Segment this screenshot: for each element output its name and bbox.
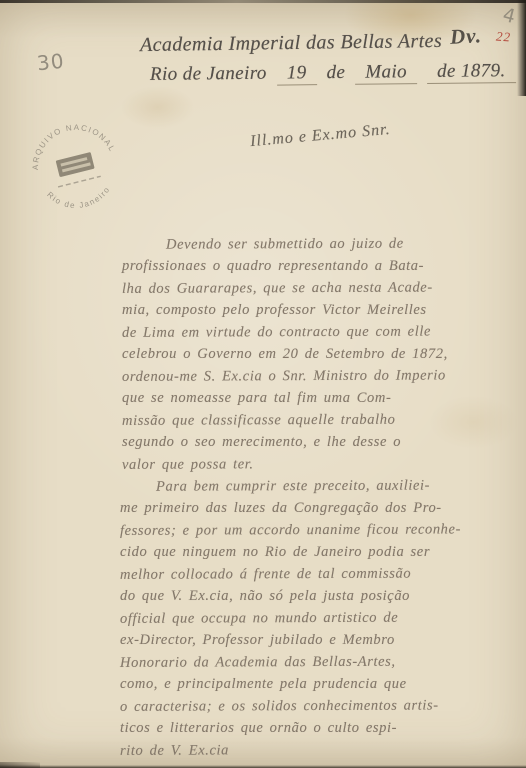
manuscript-line: o caracterisa; e os solidos conhecimento… xyxy=(120,694,522,718)
page-edge-corner xyxy=(0,762,40,768)
letterhead-connector: de xyxy=(326,62,345,83)
manuscript-line: segundo o seo merecimento, e lhe desse o xyxy=(122,431,522,453)
manuscript-line: do que V. Ex.cia, não só pela justa posi… xyxy=(120,585,522,607)
manuscript-line: ex-Director, Professor jubilado e Membro xyxy=(120,629,522,651)
letterhead-year: de 1879. xyxy=(427,60,516,84)
salutation: Ill.mo e Ex.mo Snr. xyxy=(249,121,391,151)
manuscript-page: 4 Dv. 22 30 Academia Imperial das Bellas… xyxy=(0,0,526,768)
archive-stamp-icon: ARQUIVO NACIONAL Rio de Janeiro xyxy=(11,103,142,234)
page-edge-top xyxy=(0,0,526,3)
manuscript-line: ticos e litterarios que ornão o culto es… xyxy=(120,717,522,739)
manuscript-line: Para bem cumprir este preceito, auxiliei… xyxy=(120,474,522,498)
letterhead-institution: Academia Imperial das Bellas Artes xyxy=(140,30,442,57)
manuscript-line: que se nomeasse para tal fim uma Com- xyxy=(122,387,522,409)
body-paragraph-1: Devendo ser submettido ao juizo de profi… xyxy=(122,233,522,475)
manuscript-line: profissionaes o quadro representando a B… xyxy=(122,255,522,277)
svg-text:Rio de Janeiro: Rio de Janeiro xyxy=(44,176,115,218)
letterhead-day: 19 xyxy=(277,62,317,85)
manuscript-line: valor que possa ter. xyxy=(122,452,522,476)
manuscript-line: Honorario da Academia das Bellas-Artes, xyxy=(120,650,522,674)
manuscript-line: como, e principalmente pela prudencia qu… xyxy=(120,673,522,695)
manuscript-line: me primeiro das luzes da Congregação dos… xyxy=(120,497,522,519)
red-archive-number: 22 xyxy=(495,28,511,45)
manuscript-line: rito de V. Ex.cia xyxy=(120,738,522,762)
stamp-bottom-arc: Rio de Janeiro xyxy=(44,176,115,218)
margin-pencil-number: 30 xyxy=(36,49,66,76)
manuscript-line: lha dos Guararapes, que se acha nesta Ac… xyxy=(122,276,522,300)
manuscript-line: de Lima em virtude do contracto que com … xyxy=(122,320,522,344)
letterhead-place: Rio de Janeiro xyxy=(150,63,267,85)
body-paragraph-2: Para bem cumprir este preceito, auxiliei… xyxy=(120,475,522,761)
ink-doc-label: Dv. xyxy=(449,23,482,50)
manuscript-line: mia, composto pelo professor Victor Meir… xyxy=(122,299,522,321)
page-edge-right xyxy=(517,0,526,96)
manuscript-line: ordenou-me S. Ex.cia o Snr. Ministro do … xyxy=(122,364,522,388)
corner-pencil-mark: 4 xyxy=(501,4,518,28)
manuscript-line: fessores; e por um accordo unanime ficou… xyxy=(120,518,522,542)
manuscript-line: melhor collocado á frente de tal commiss… xyxy=(120,562,522,586)
manuscript-line: Devendo ser submettido ao juizo de xyxy=(122,232,522,256)
manuscript-line: celebrou o Governo em 20 de Setembro de … xyxy=(122,343,522,365)
letterhead-dateline: Rio de Janeiro19deMaiode 1879. xyxy=(150,60,516,86)
letterhead-month: Maio xyxy=(355,61,417,85)
manuscript-line: cido que ninguem no Rio de Janeiro podia… xyxy=(120,541,522,563)
manuscript-line: missão que classificasse aquelle trabalh… xyxy=(122,408,522,432)
manuscript-line: official que occupa no mundo artistico d… xyxy=(120,606,522,630)
